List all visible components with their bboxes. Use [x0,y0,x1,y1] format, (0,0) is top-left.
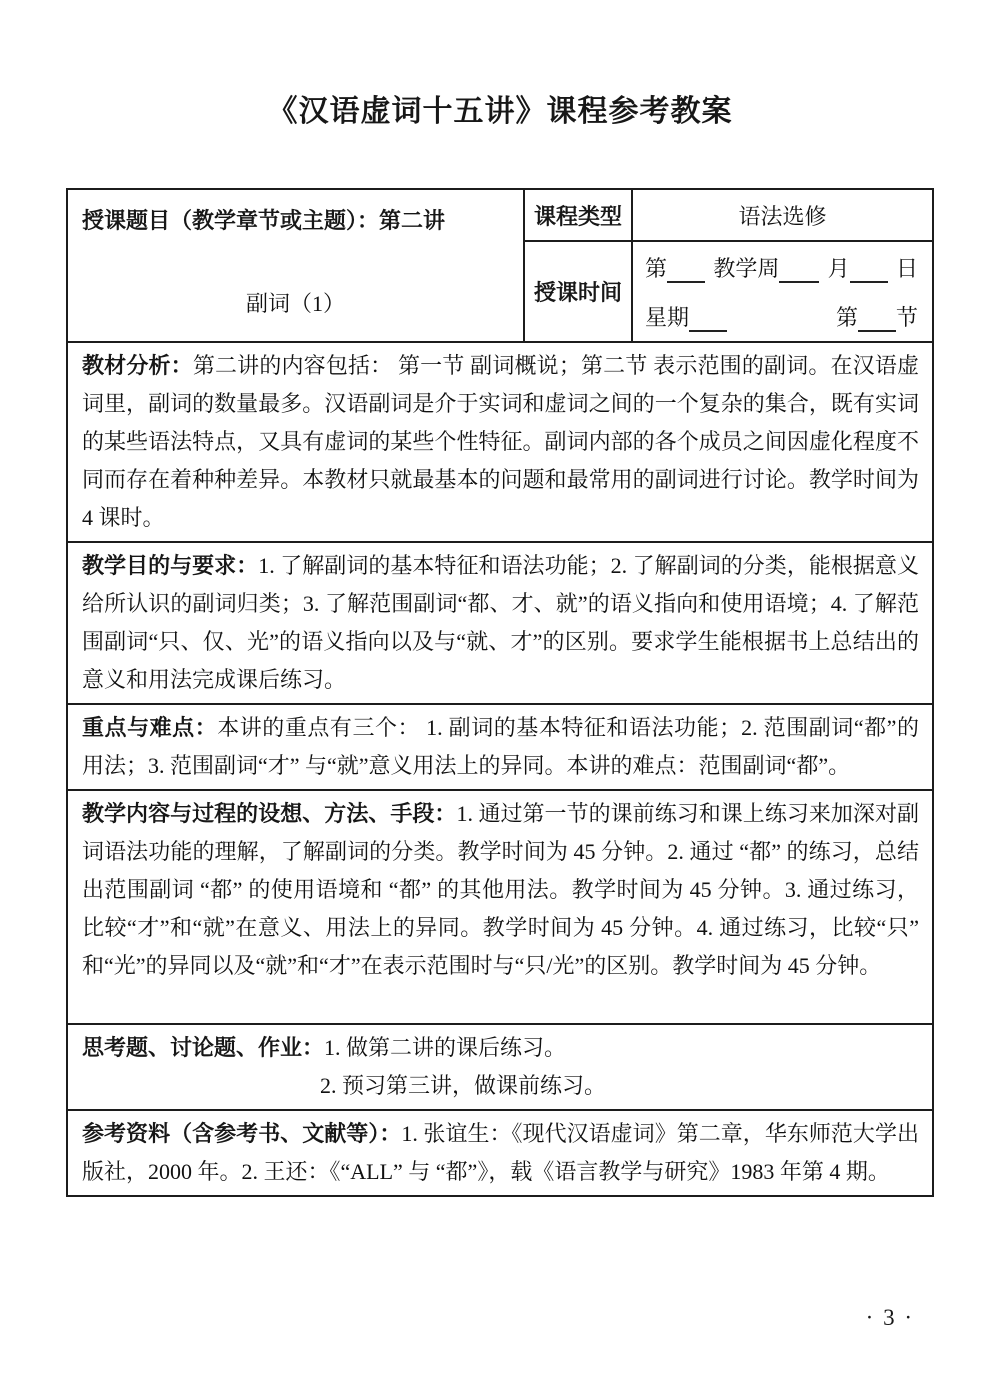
time-line-1: 第 教学周 月 日 [645,252,918,283]
section-references: 参考资料（含参考书、文献等）：1. 张谊生：《现代汉语虚词》第二章，华东师范大学… [68,1111,932,1195]
section-homework: 思考题、讨论题、作业：1. 做第二讲的课后练习。 2. 预习第三讲，做课前练习。 [68,1025,932,1111]
time-row: 授课时间 第 教学周 月 日 [525,242,932,341]
section-textbook-analysis: 教材分析：第二讲的内容包括： 第一节 副词概说；第二节 表示范围的副词。在汉语虚… [68,343,932,543]
section-label: 教学内容与过程的设想、方法、手段： [82,801,456,826]
homework-line-1: 思考题、讨论题、作业：1. 做第二讲的课后练习。 [82,1029,919,1067]
lesson-plan-table: 授课题目（教学章节或主题）：第二讲 副词（1） 课程类型 语法选修 授课时间 第… [66,188,934,1197]
topic-value: 副词（1） [68,287,523,318]
section-text: 1. 通过第一节的课前练习和课上练习来加深对副词语法功能的理解，了解副词的分类。… [82,801,919,978]
time-text: 第 [645,252,667,283]
blank-line [689,308,727,332]
section-label: 教材分析： [82,353,193,378]
time-text: 第 [836,301,858,332]
blank-line [858,308,896,332]
header-right-block: 课程类型 语法选修 授课时间 第 教学周 月 [525,190,932,341]
page-number: · 3 · [866,1305,914,1331]
blank-line [779,259,819,283]
time-text: 月 [828,252,850,283]
time-text: 日 [896,252,918,283]
blank-line [667,259,705,283]
section-label: 思考题、讨论题、作业： [82,1035,324,1060]
time-label-cell: 授课时间 [525,242,633,341]
section-key-points: 重点与难点：本讲的重点有三个： 1. 副词的基本特征和语法功能；2. 范围副词“… [68,705,932,791]
topic-label: 授课题目（教学章节或主题）：第二讲 [68,190,523,235]
page-title: 《汉语虚词十五讲》课程参考教案 [0,86,1000,130]
topic-cell: 授课题目（教学章节或主题）：第二讲 副词（1） [68,190,525,341]
blank-line [850,259,888,283]
time-line-2: 星期 第节 [645,301,918,332]
homework-item: 2. 预习第三讲，做课前练习。 [320,1073,606,1098]
section-teaching-objectives: 教学目的与要求：1. 了解副词的基本特征和语法功能；2. 了解副词的分类，能根据… [68,543,932,705]
header-row: 授课题目（教学章节或主题）：第二讲 副词（1） 课程类型 语法选修 授课时间 第… [68,190,932,343]
section-label: 参考资料（含参考书、文献等）： [82,1121,401,1146]
course-type-value-cell: 语法选修 [633,190,932,240]
section-teaching-process: 教学内容与过程的设想、方法、手段：1. 通过第一节的课前练习和课上练习来加深对副… [68,791,932,1025]
section-text: 第二讲的内容包括： 第一节 副词概说；第二节 表示范围的副词。在汉语虚词里，副词… [82,353,919,530]
homework-line-2: 2. 预习第三讲，做课前练习。 [82,1067,919,1105]
section-label: 教学目的与要求： [82,553,258,578]
time-value-cell: 第 教学周 月 日 星期 [633,242,932,341]
time-text: 星期 [645,301,689,332]
time-text: 节 [896,301,918,332]
section-label: 重点与难点： [82,715,217,740]
course-type-row: 课程类型 语法选修 [525,190,932,242]
course-type-label-cell: 课程类型 [525,190,633,240]
time-text: 教学周 [713,252,779,283]
homework-item: 1. 做第二讲的课后练习。 [324,1035,566,1060]
